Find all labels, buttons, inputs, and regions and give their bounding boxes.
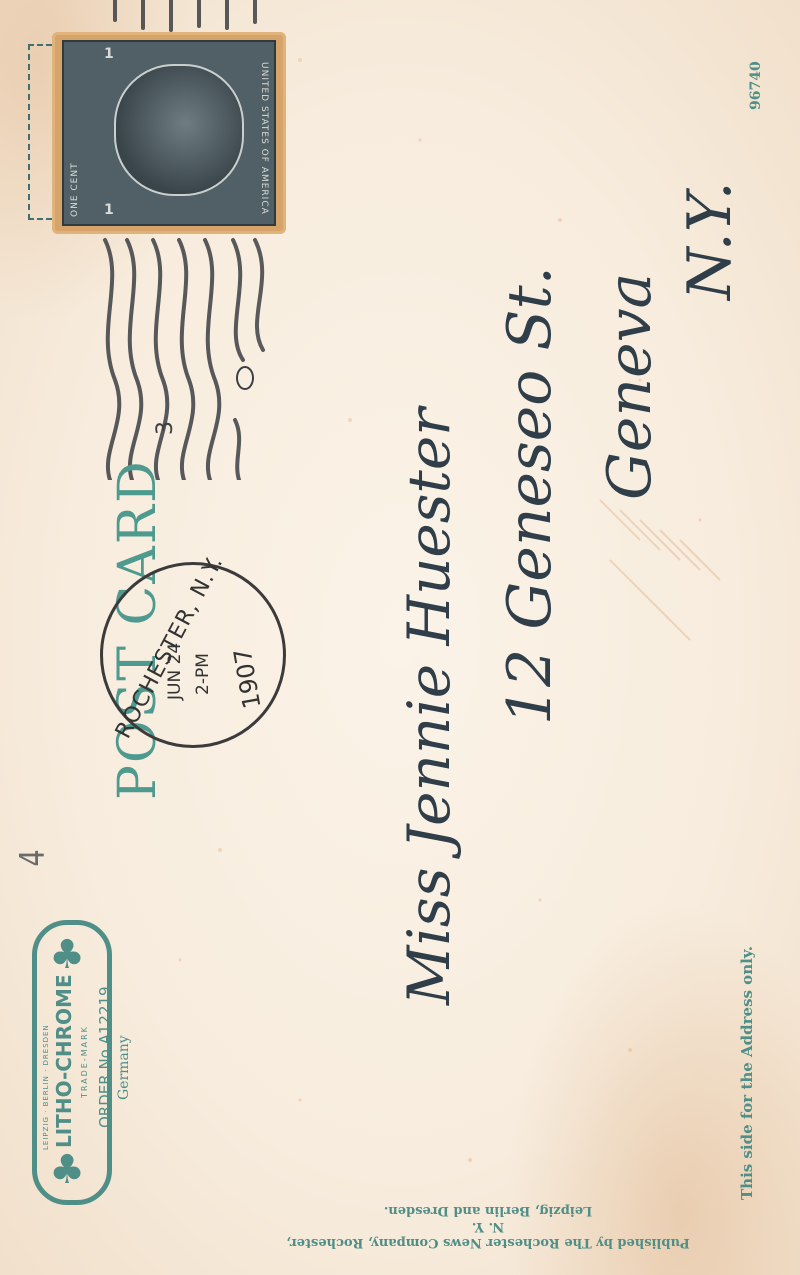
postage-stamp: ONE CENT UNITED STATES OF AMERICA 1 1 [52, 32, 286, 234]
trademark-brand: LITHO-CHROME [52, 974, 76, 1148]
publisher-line-2: Leipzig, Berlin and Dresden. [278, 1202, 698, 1218]
publisher-credit: Published by The Rochester News Company,… [278, 1202, 698, 1250]
postmark-year: 1907 [228, 646, 266, 711]
postmark: ROCHESTER, N.Y. JUN 24 2-PM 1907 [100, 562, 286, 748]
postmark-time: 2-PM [193, 653, 213, 695]
stamp-denomination-text: ONE CENT [70, 162, 80, 217]
publisher-line-1: Published by The Rochester News Company,… [278, 1218, 698, 1250]
postmark-date: JUN 24 [165, 643, 185, 700]
pencil-note: 4 [13, 849, 53, 866]
postcard: 3 ONE CENT UNITED STATES OF AMERICA 1 1 … [0, 0, 800, 1275]
stamp-value-top: 1 [104, 46, 114, 62]
address-only-notice: This side for the Address only. [738, 946, 756, 1200]
address-street: 12 Geneseo St. [495, 266, 565, 725]
order-number: ORDER No A12219 [96, 986, 114, 1128]
clover-icon: ♣ [41, 1144, 93, 1196]
stamp-country-text: UNITED STATES OF AMERICA [259, 62, 269, 215]
serial-number: 96740 [748, 61, 764, 110]
address-recipient: Miss Jennie Huester [395, 408, 463, 1005]
address-state: N.Y. [675, 181, 745, 300]
stamp-value-bottom: 1 [104, 202, 114, 218]
country-label: Germany [116, 1035, 132, 1100]
svg-text:3: 3 [153, 421, 178, 435]
trademark-label: TRADE-MARK [80, 1025, 89, 1098]
address-city: Geneva [595, 273, 665, 500]
trademark-cities: LEIPZIG · BERLIN · DRESDEN [42, 1024, 50, 1150]
franklin-portrait [114, 64, 244, 196]
clover-icon: ♣ [41, 929, 93, 981]
